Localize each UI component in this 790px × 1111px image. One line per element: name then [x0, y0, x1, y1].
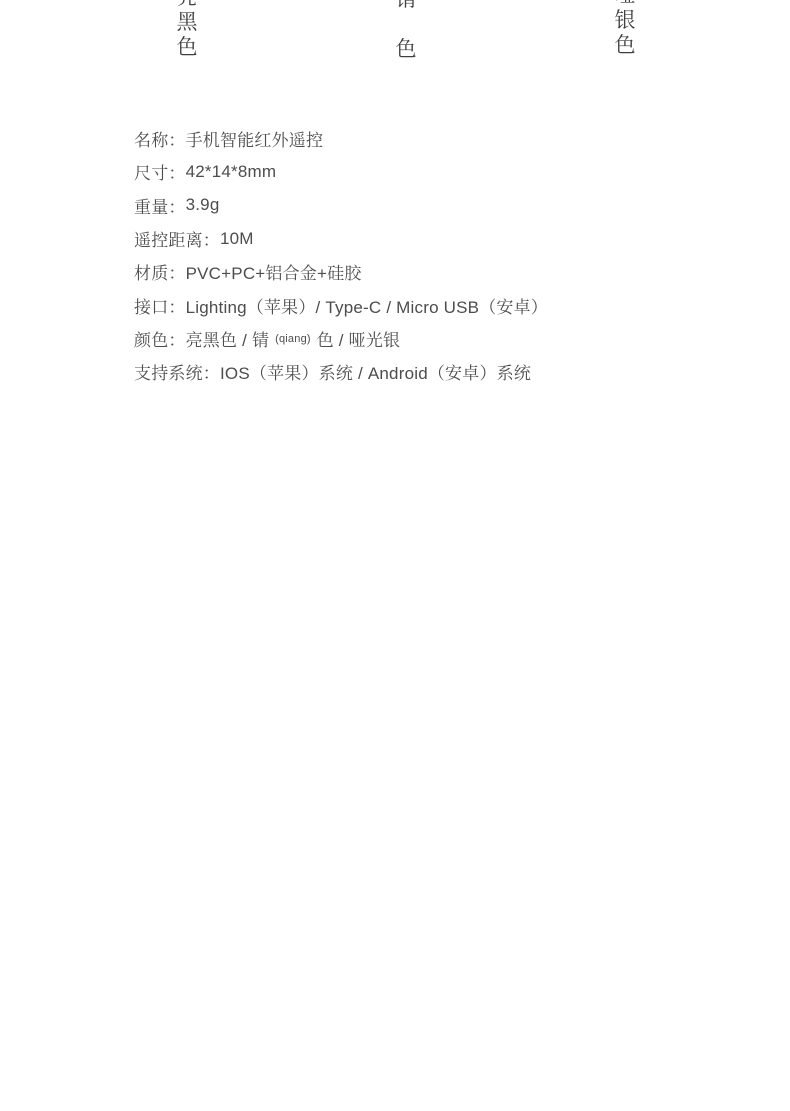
spec-value: 手机智能红外遥控	[186, 126, 324, 151]
spec-value: IOS（苹果）系统 / Android（安卓）系统	[220, 359, 531, 384]
color-label-matte-silver: 哑银色	[613, 0, 637, 58]
spec-row: 尺寸：42*14*8mm	[134, 155, 750, 188]
spec-label: 遥控距离：	[134, 226, 220, 251]
spec-row: 材质：PVC+PC+铝合金+硅胶	[134, 255, 750, 288]
spec-value-annotation: (qiang)	[274, 333, 312, 345]
color-label-char: 色	[394, 37, 418, 62]
color-label-char: 银	[613, 8, 637, 33]
spec-row: 颜色：亮黑色 / 锖 (qiang) 色 / 哑光银	[134, 322, 750, 355]
color-label-char: 色	[613, 33, 637, 58]
spec-value: 亮黑色 / 锖	[186, 326, 275, 351]
spec-value: 色 / 哑光银	[312, 326, 401, 351]
spec-label: 名称：	[134, 126, 186, 151]
spec-row: 名称：手机智能红外遥控	[134, 122, 750, 155]
color-label-char	[394, 12, 418, 37]
product-detail-page: 亮黑色锖色哑银色 名称：手机智能红外遥控尺寸：42*14*8mm重量：3.9g遥…	[0, 0, 790, 1111]
color-label-char: 黑	[175, 10, 199, 35]
color-label-char: 色	[175, 35, 199, 60]
color-option-labels: 亮黑色锖色哑银色	[0, 0, 790, 90]
spec-row: 支持系统：IOS（苹果）系统 / Android（安卓）系统	[134, 355, 750, 388]
product-spec-list: 名称：手机智能红外遥控尺寸：42*14*8mm重量：3.9g遥控距离：10M材质…	[134, 122, 750, 388]
spec-value: 10M	[220, 229, 254, 249]
color-label-bright-black: 亮黑色	[175, 0, 199, 60]
spec-label: 颜色：	[134, 326, 186, 351]
spec-row: 重量：3.9g	[134, 189, 750, 222]
color-label-char: 锖	[394, 0, 418, 12]
spec-label: 重量：	[134, 193, 186, 218]
spec-label: 支持系统：	[134, 359, 220, 384]
spec-row: 接口：Lighting（苹果）/ Type-C / Micro USB（安卓）	[134, 288, 750, 321]
spec-row: 遥控距离：10M	[134, 222, 750, 255]
spec-value: 42*14*8mm	[186, 162, 277, 182]
spec-label: 尺寸：	[134, 159, 186, 184]
spec-value: 3.9g	[186, 195, 220, 215]
spec-label: 材质：	[134, 259, 186, 284]
spec-label: 接口：	[134, 293, 186, 318]
color-label-char: 亮	[175, 0, 199, 10]
color-label-qiang-color: 锖色	[394, 0, 418, 62]
spec-value: PVC+PC+铝合金+硅胶	[186, 259, 362, 284]
spec-value: Lighting（苹果）/ Type-C / Micro USB（安卓）	[186, 293, 548, 318]
color-label-char: 哑	[613, 0, 637, 8]
